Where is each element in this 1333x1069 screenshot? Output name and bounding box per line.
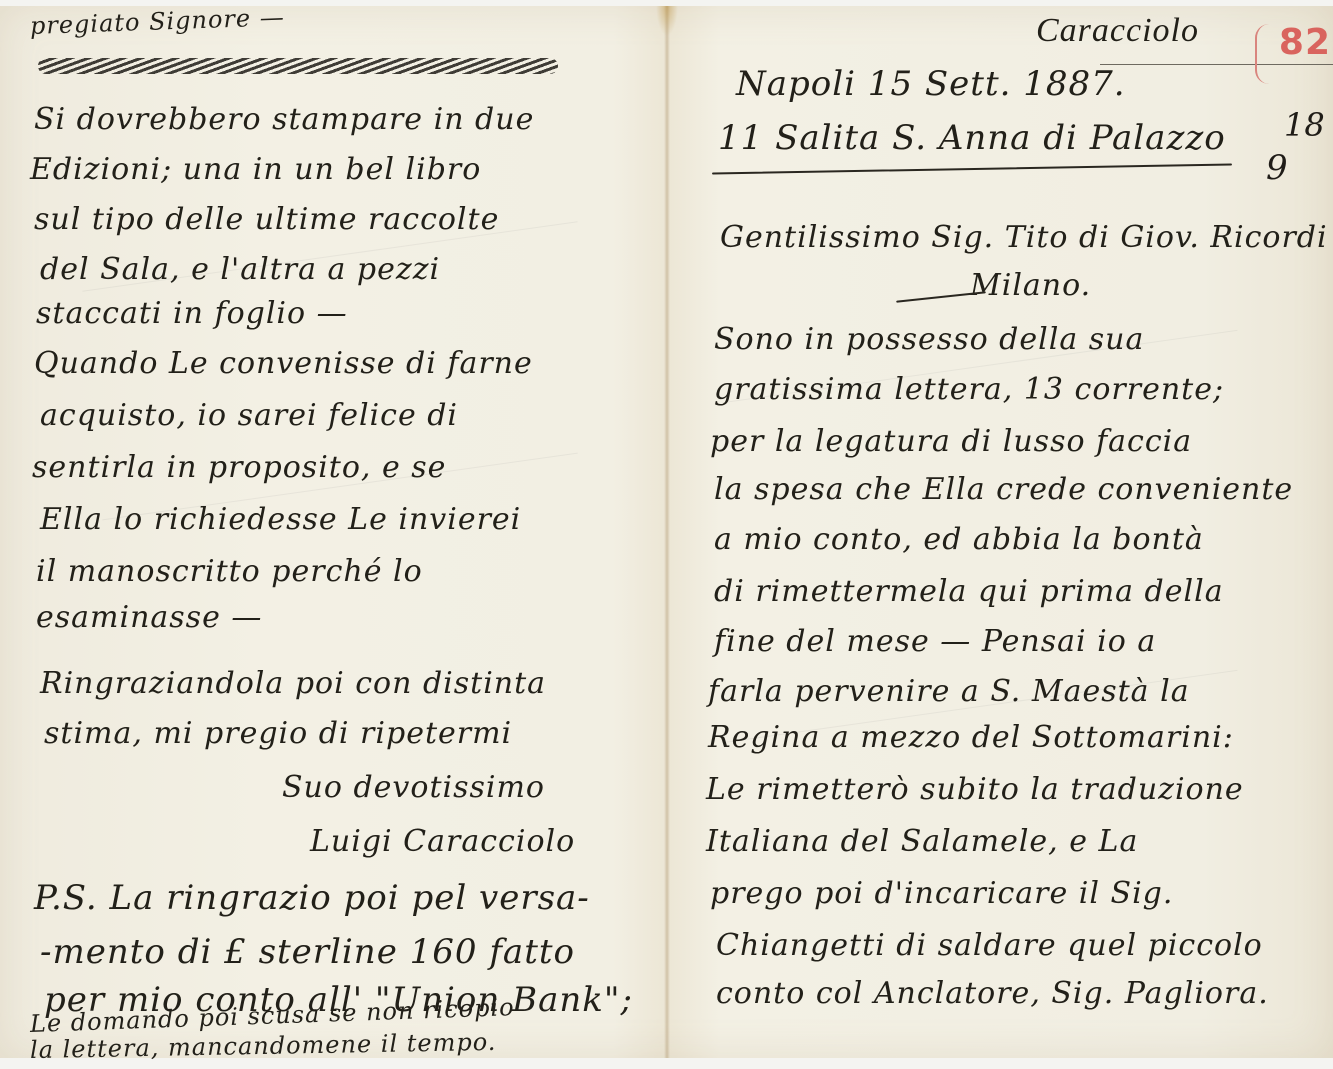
right-line-0: Sono in possesso della sua (714, 322, 1144, 357)
left-line-17: P.S. La ringrazio poi pel versa- (34, 878, 590, 918)
address-underline (712, 163, 1232, 174)
archive-stamp-bracket (1255, 24, 1271, 84)
right-line-1: gratissima lettera, 13 corrente; (714, 372, 1224, 407)
right-line-6: fine del mese — Pensai io a (714, 624, 1156, 659)
right-page: Caracciolo Napoli 15 Sett. 1887. 11 Sali… (670, 6, 1333, 1058)
archive-stamp: 82 (1279, 22, 1331, 63)
right-line-9: Le rimetterò subito la traduzione (706, 772, 1244, 807)
closing-devotissimo: Suo devotissimo (282, 770, 545, 805)
margin-number-top: 18 (1284, 106, 1325, 144)
left-line-10: Ella lo richiedesse Le invierei (40, 502, 521, 537)
right-line-8: Regina a mezzo del Sottomarini: (708, 720, 1234, 755)
left-line-9: sentirla in proposito, e se (32, 450, 446, 485)
right-line-4: a mio conto, ed abbia la bontà (714, 522, 1204, 557)
left-line-12: esaminasse — (36, 600, 262, 635)
left-line-13: Ringraziandola poi con distinta (40, 666, 546, 701)
place-date: Napoli 15 Sett. 1887. (736, 64, 1126, 104)
right-line-11: prego poi d'incaricare il Sig. (710, 876, 1173, 911)
salutation: Gentilissimo Sig. Tito di Giov. Ricordi (720, 220, 1328, 255)
left-line-11: il manoscritto perché lo (36, 554, 423, 589)
header-name: Caracciolo (1036, 12, 1199, 50)
address: 11 Salita S. Anna di Palazzo (718, 118, 1226, 158)
left-page: pregiato Signore — Si dovrebbero stampar… (0, 6, 664, 1058)
letter-sheet: pregiato Signore — Si dovrebbero stampar… (0, 6, 1333, 1058)
left-line-6: staccati in foglio — (36, 296, 348, 331)
left-line-5: del Sala, e l'altra a pezzi (40, 252, 440, 287)
left-line-0: pregiato Signore — (30, 3, 286, 40)
margin-number-bottom: 9 (1266, 148, 1288, 188)
right-line-3: la spesa che Ella crede conveniente (714, 472, 1293, 507)
right-line-7: farla pervenire a S. Maestà la (708, 674, 1190, 709)
right-line-13: conto col Anclatore, Sig. Pagliora. (716, 976, 1269, 1011)
struck-through-line (38, 58, 558, 74)
right-line-12: Chiangetti di saldare quel piccolo (716, 928, 1263, 963)
right-line-5: di rimettermela qui prima della (714, 574, 1224, 609)
left-line-2: Si dovrebbero stampare in due (34, 102, 534, 137)
left-line-14: stima, mi pregio di ripetermi (44, 716, 512, 751)
header-rule (1100, 64, 1333, 65)
city: Milano. (970, 268, 1091, 303)
right-line-10: Italiana del Salamele, e La (706, 824, 1138, 859)
left-line-3: Edizioni; una in un bel libro (30, 152, 481, 187)
left-line-4: sul tipo delle ultime raccolte (34, 202, 499, 237)
right-line-2: per la legatura di lusso faccia (710, 424, 1192, 459)
left-line-7: Quando Le convenisse di farne (34, 346, 533, 381)
left-line-18: -mento di £ sterline 160 fatto (40, 932, 575, 972)
signature: Luigi Caracciolo (310, 824, 575, 859)
left-line-8: acquisto, io sarei felice di (40, 398, 458, 433)
